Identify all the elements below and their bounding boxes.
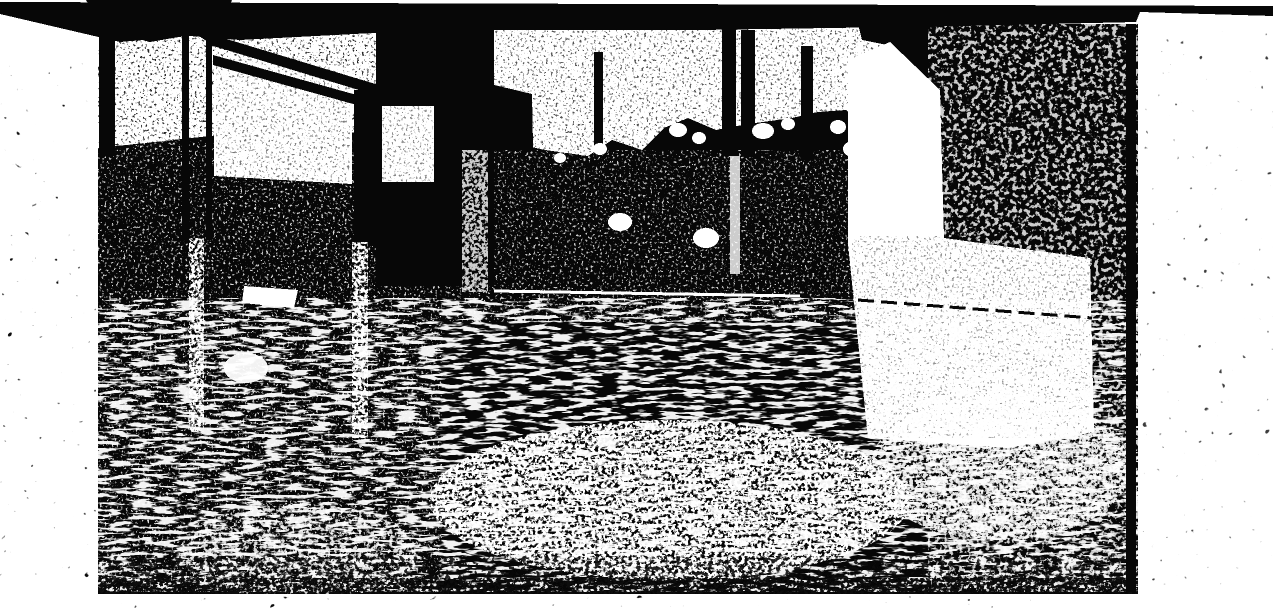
face-highlight [669,123,687,137]
post-b-lower-streak [189,238,204,432]
left-margin-flecks [0,60,96,580]
face-highlight [608,213,632,231]
face-highlight [693,228,719,248]
face-highlight [593,143,607,155]
halftone-photo-canvas [0,0,1273,609]
newspaper-photo [0,0,1273,609]
post-c-lower-streak [352,242,368,438]
sky-pole-3 [801,46,813,160]
right-margin-flecks [1140,28,1273,588]
gap-highlight [462,150,488,292]
sky-pole-2a [722,24,736,156]
figure-shoulder-highlight [224,353,268,383]
frame-corner-pocket-grain [382,106,434,182]
face-highlight [781,118,795,130]
face-highlight [752,123,774,139]
ground-light-right [870,396,1130,540]
photo-bottom-edge [98,578,1138,594]
photo-right-edge [1126,24,1136,592]
face-highlight [830,120,846,134]
crowd-texture [445,150,865,322]
scanned-page [0,0,1273,609]
face-highlight [843,141,863,157]
frame-corner-hook [436,90,451,152]
frame-post-c [354,90,376,246]
face-highlight [692,132,706,144]
pole-2-lower-streak [730,156,740,274]
face-highlight [554,153,566,163]
frame-post-b-right-edge [206,30,212,240]
frame-post-b-left-edge [182,28,189,240]
bottom-margin-flecks [98,594,1138,608]
sky-pole-1 [594,52,603,154]
sky-pole-2b [741,30,755,156]
photo-shapes [0,0,1273,608]
frame-post-a [99,24,115,156]
